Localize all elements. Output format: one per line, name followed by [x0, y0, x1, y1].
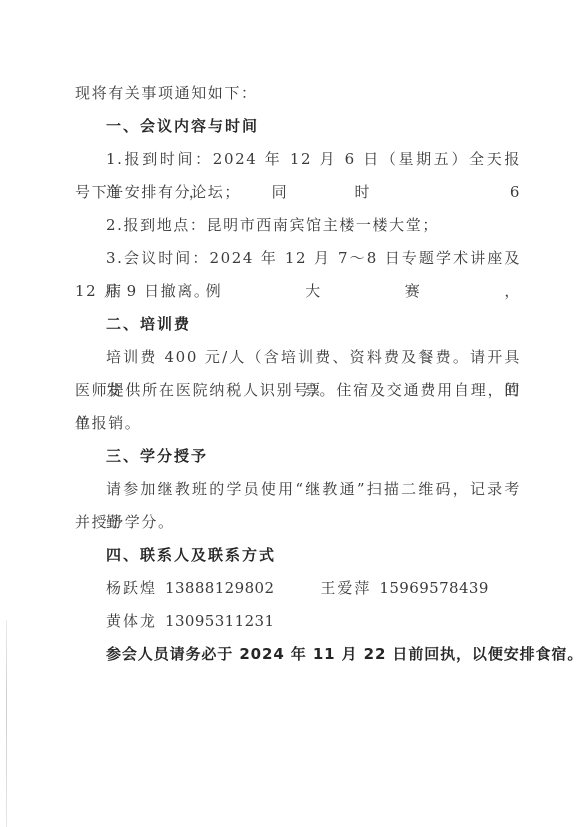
credits-line-1: 请参加继教班的学员使用“继教通”扫描二维码，记录考勤 — [75, 473, 521, 506]
contact-row-1: 杨跃煌13888129802 王爱萍15969578439 — [75, 572, 521, 605]
contact-entry: 杨跃煌13888129802 — [106, 572, 274, 605]
contact-row-2: 黄体龙13095311231 — [75, 605, 521, 638]
contact-phone: 13095311231 — [165, 612, 274, 630]
section-heading-fee: 二、培训费 — [75, 308, 521, 341]
fee-line-3: 位报销。 — [75, 407, 521, 440]
section-heading-meeting: 一、会议内容与时间 — [75, 110, 521, 143]
section-heading-contacts: 四、联系人及联系方式 — [75, 539, 521, 572]
contact-phone: 15969578439 — [379, 579, 488, 597]
fee-line-2: 医师提供所在医院纳税人识别号）。住宿及交通费用自理，回单 — [75, 374, 521, 407]
document-body: 现将有关事项通知如下： 一、会议内容与时间 1.报到时间：2024 年 12 月… — [75, 77, 521, 671]
registration-time-line-1: 1.报到时间：2024 年 12 月 6 日（星期五）全天报道，同时 6 — [75, 143, 521, 176]
contact-name: 黄体龙 — [106, 612, 157, 630]
scan-edge-artifact — [6, 620, 7, 827]
contact-phone: 13888129802 — [165, 579, 274, 597]
contact-entry: 黄体龙13095311231 — [106, 605, 274, 638]
meeting-time-line-1: 3.会议时间：2024 年 12 月 7～8 日专题学术讲座及病例大赛， — [75, 242, 521, 275]
contact-entry: 王爱萍15969578439 — [320, 572, 488, 605]
contact-name: 王爱萍 — [320, 579, 371, 597]
closing-notice: 参会人员请务必于 2024 年 11 月 22 日前回执，以便安排食宿。 — [75, 638, 521, 671]
section-heading-credits: 三、学分授予 — [75, 440, 521, 473]
fee-line-1: 培训费 400 元/人（含培训费、资料费及餐费。请开具发票的 — [75, 341, 521, 374]
credits-line-2: 并授予学分。 — [75, 506, 521, 539]
contact-name: 杨跃煌 — [106, 579, 157, 597]
intro-text: 现将有关事项通知如下： — [75, 77, 521, 110]
registration-location: 2.报到地点：昆明市西南宾馆主楼一楼大堂； — [75, 209, 521, 242]
